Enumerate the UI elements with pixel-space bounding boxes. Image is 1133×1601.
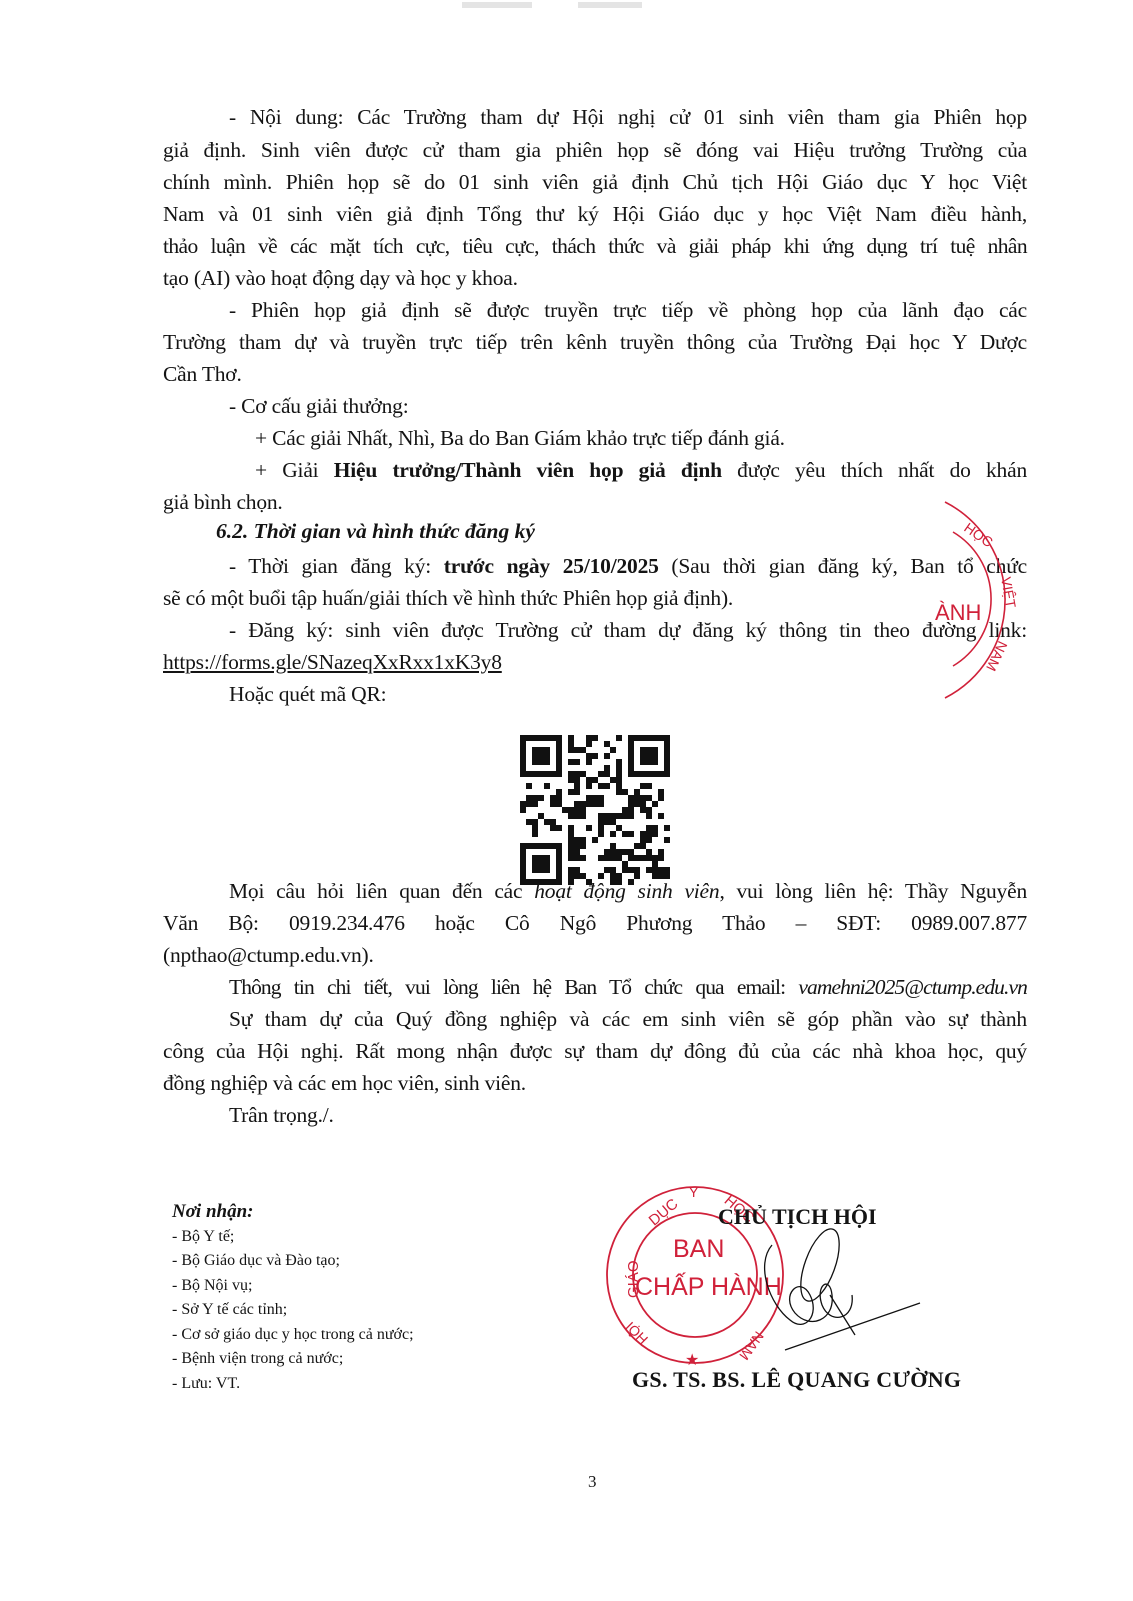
award-text: + Giải — [255, 458, 334, 482]
svg-text:BAN: BAN — [673, 1235, 724, 1263]
contact-phones: Văn Bộ: 0919.234.476 hoặc Cô Ngô Phương … — [163, 908, 1027, 939]
deadline-date: trước ngày 25/10/2025 — [444, 554, 659, 578]
closing-line: công của Hội nghị. Rất mong nhận được sự… — [163, 1036, 1027, 1067]
seal-stamp-partial: HỌC VIỆT NAM ÀNH — [905, 490, 1045, 710]
qr-label: Hoặc quét mã QR: — [163, 679, 1027, 710]
paragraph-line: - Phiên họp giả định sẽ được truyền trực… — [163, 295, 1027, 326]
recipient-item: - Cơ sở giáo dục y học trong cả nước; — [172, 1323, 414, 1348]
award-bold-text: Hiệu trưởng/Thành viên họp giả định — [334, 458, 722, 482]
svg-text:HỘI: HỘI — [622, 1319, 651, 1348]
document-page: - Nội dung: Các Trường tham dự Hội nghị … — [0, 0, 1133, 1601]
paragraph-line: giả bình chọn. — [163, 487, 1027, 518]
registration-link[interactable]: https://forms.gle/SNazeqXxRxx1xK3y8 — [163, 647, 1027, 678]
contact-email[interactable]: (npthao@ctump.edu.vn). — [163, 940, 1027, 971]
section-heading: 6.2. Thời gian và hình thức đăng ký — [216, 519, 535, 544]
recipients-title: Nơi nhận: — [172, 1200, 414, 1225]
paragraph-line: tạo (AI) vào hoạt động dạy và học y khoa… — [163, 263, 1027, 294]
recipient-item: - Bộ Nội vụ; — [172, 1274, 414, 1299]
svg-text:VIỆT: VIỆT — [998, 576, 1019, 610]
award-text: được yêu thích nhất do khán — [722, 458, 1027, 482]
text: Mọi câu hỏi liên quan đến các — [229, 879, 534, 903]
regards: Trân trọng./. — [163, 1100, 1027, 1131]
paragraph-line: chính mình. Phiên họp sẽ do 01 sinh viên… — [163, 167, 1027, 198]
paragraph-line: giả định. Sinh viên được cử tham gia phi… — [163, 135, 1027, 166]
italic-text: hoạt động sinh viên — [534, 879, 719, 903]
text: , vui lòng liên hệ: Thầy Nguyễn — [719, 879, 1027, 903]
contact-line: Mọi câu hỏi liên quan đến các hoạt động … — [163, 876, 1027, 907]
paragraph-line: - Đăng ký: sinh viên được Trường cử tham… — [163, 615, 1027, 646]
qr-code[interactable] — [520, 735, 670, 885]
scan-artifact — [462, 2, 532, 8]
svg-text:ÀNH: ÀNH — [935, 600, 981, 625]
paragraph-line: Nam và 01 sinh viên giả định Tổng thư ký… — [163, 199, 1027, 230]
closing-line: đồng nghiệp và các em học viên, sinh viê… — [163, 1068, 1027, 1099]
svg-text:NAM: NAM — [983, 639, 1011, 674]
recipient-item: - Bộ Y tế; — [172, 1225, 414, 1250]
text: - Thời gian đăng ký: — [229, 554, 444, 578]
signature-scribble — [760, 1225, 940, 1365]
registration-time: - Thời gian đăng ký: trước ngày 25/10/20… — [163, 551, 1027, 582]
paragraph-line: thảo luận về các mặt tích cực, tiêu cực,… — [163, 231, 1027, 262]
paragraph-line: - Nội dung: Các Trường tham dự Hội nghị … — [163, 102, 1027, 133]
signature-title: CHỦ TỊCH HỘI — [718, 1204, 877, 1230]
scan-artifact — [578, 2, 642, 8]
recipient-item: - Sở Y tế các tỉnh; — [172, 1298, 414, 1323]
page-number: 3 — [588, 1472, 597, 1492]
signer-name: GS. TS. BS. LÊ QUANG CƯỜNG — [632, 1367, 961, 1393]
award-item: + Giải Hiệu trưởng/Thành viên họp giả đị… — [163, 455, 1027, 486]
closing-line: Sự tham dự của Quý đồng nghiệp và các em… — [163, 1004, 1027, 1035]
awards-label: - Cơ cấu giải thưởng: — [163, 391, 1027, 422]
svg-text:DỤC: DỤC — [646, 1195, 682, 1229]
svg-text:Y: Y — [689, 1184, 699, 1200]
recipient-item: - Lưu: VT. — [172, 1372, 414, 1397]
recipient-item: - Bệnh viện trong cả nước; — [172, 1347, 414, 1372]
recipient-item: - Bộ Giáo dục và Đào tạo; — [172, 1249, 414, 1274]
detail-contact: Thông tin chi tiết, vui lòng liên hệ Ban… — [163, 972, 1027, 1003]
text: Thông tin chi tiết, vui lòng liên hệ Ban… — [229, 975, 798, 999]
award-item: + Các giải Nhất, Nhì, Ba do Ban Giám khả… — [163, 423, 1027, 454]
recipients-block: Nơi nhận: - Bộ Y tế; - Bộ Giáo dục và Đà… — [172, 1200, 414, 1396]
organizer-email[interactable]: vamehni2025@ctump.edu.vn — [798, 975, 1027, 999]
paragraph-line: sẽ có một buổi tập huấn/giải thích về hì… — [163, 583, 1027, 614]
paragraph-line: Trường tham dự và truyền trực tiếp trên … — [163, 327, 1027, 358]
paragraph-line: Cần Thơ. — [163, 359, 1027, 390]
